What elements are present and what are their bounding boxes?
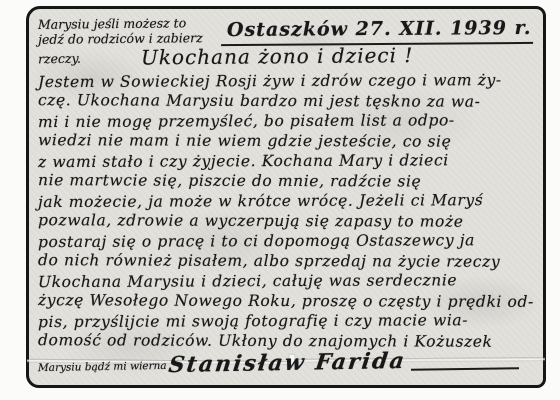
- letter-body: Jestem w Sowieckiej Rosji żyw i zdrów cz…: [38, 71, 533, 351]
- body-line: życzę Wesołego Nowego Roku, proszę o czę…: [38, 290, 533, 312]
- body-line: do nich również pisałem, albo sprzedaj n…: [38, 250, 533, 272]
- body-line: z wami stało i czy żyjecie. Kochana Mary…: [38, 150, 533, 172]
- body-line: Jestem w Sowieckiej Rosji żyw i zdrów cz…: [38, 70, 533, 92]
- body-line: jak możecie, ja może w krótce wrócę. Jeż…: [38, 190, 533, 212]
- body-line: postaraj się o pracę i to ci dopomogą Os…: [38, 230, 533, 252]
- margin-note: Marysiu jeśli możesz to jedź do rodziców…: [38, 15, 203, 47]
- body-line: pis, przyślijcie mi swoją fotografię i c…: [38, 310, 533, 332]
- signature-flourish-line: [411, 367, 519, 371]
- margin-note-line: Marysiu jeśli możesz to: [38, 15, 203, 32]
- header-row: Marysiu jeśli możesz to jedź do rodziców…: [38, 16, 533, 46]
- body-line: nie martwcie się, piszcie do mnie, radźc…: [38, 170, 533, 192]
- body-line: domość od rodziców. Ukłony do znajomych …: [38, 330, 533, 352]
- body-line: czę. Ukochana Marysiu bardzo mi jest tęs…: [38, 90, 533, 112]
- salutation-row: rzeczy. Ukochana żono i dzieci !: [38, 44, 533, 68]
- body-line: wiedzi nie mam i nie wiem gdzie jesteści…: [38, 130, 533, 152]
- body-line: Ukochana Marysiu i dzieci, całuję was se…: [38, 270, 533, 292]
- margin-note-line: rzeczy.: [38, 51, 81, 67]
- signature: Stanisław Farida: [167, 348, 407, 378]
- signature-row: Marysiu bądź mi wierna Stanisław Farida: [38, 350, 533, 377]
- body-line: mi i nie mogę przemyśleć, bo pisałem lis…: [38, 110, 533, 132]
- salutation: Ukochana żono i dzieci !: [141, 43, 474, 70]
- postscript: Marysiu bądź mi wierna: [38, 360, 167, 374]
- date-line: Ostaszków 27. XII. 1939 r.: [220, 17, 533, 46]
- postcard-scan: Marysiu jeśli możesz to jedź do rodziców…: [26, 6, 546, 388]
- body-line: pozwala, zdrowie a wyczerpują się zapasy…: [38, 210, 533, 232]
